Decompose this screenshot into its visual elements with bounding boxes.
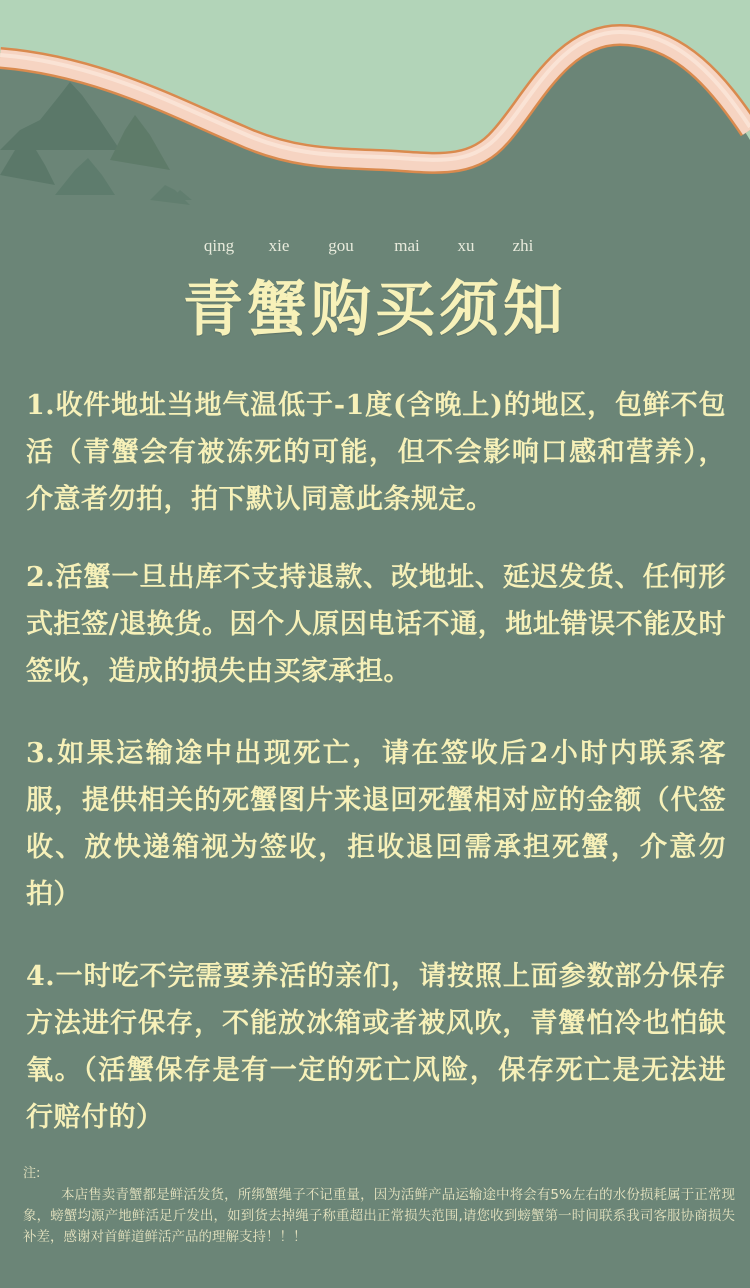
rule-4: 4.一时吃不完需要养活的亲们，请按照上面参数部分保存方法进行保存，不能放冰箱或者…	[26, 953, 726, 1141]
pinyin-syllable: mai	[394, 236, 420, 256]
rule-3: 3.如果运输途中出现死亡，请在签收后2小时内联系客服，提供相关的死蟹图片来退回死…	[26, 730, 726, 918]
note-label: 注:	[23, 1162, 40, 1181]
pinyin-syllable: xie	[269, 236, 290, 256]
note-body: 本店售卖青蟹都是鲜活发货，所绑蟹绳子不记重量，因为活鲜产品运输途中将会有5%左右…	[23, 1185, 735, 1248]
title-pinyin: qing xie gou mai xu zhi	[0, 236, 750, 260]
rule-1: 1.收件地址当地气温低于-1度(含晚上)的地区，包鲜不包活（青蟹会有被冻死的可能…	[26, 382, 726, 523]
pinyin-syllable: gou	[328, 236, 354, 256]
page-title: 青蟹购买须知	[0, 262, 750, 348]
pinyin-syllable: qing	[204, 236, 234, 256]
rule-2: 2.活蟹一旦出库不支持退款、改地址、延迟发货、任何形式拒签/退换货。因个人原因电…	[26, 554, 726, 695]
pinyin-syllable: zhi	[513, 236, 534, 256]
pinyin-syllable: xu	[458, 236, 475, 256]
